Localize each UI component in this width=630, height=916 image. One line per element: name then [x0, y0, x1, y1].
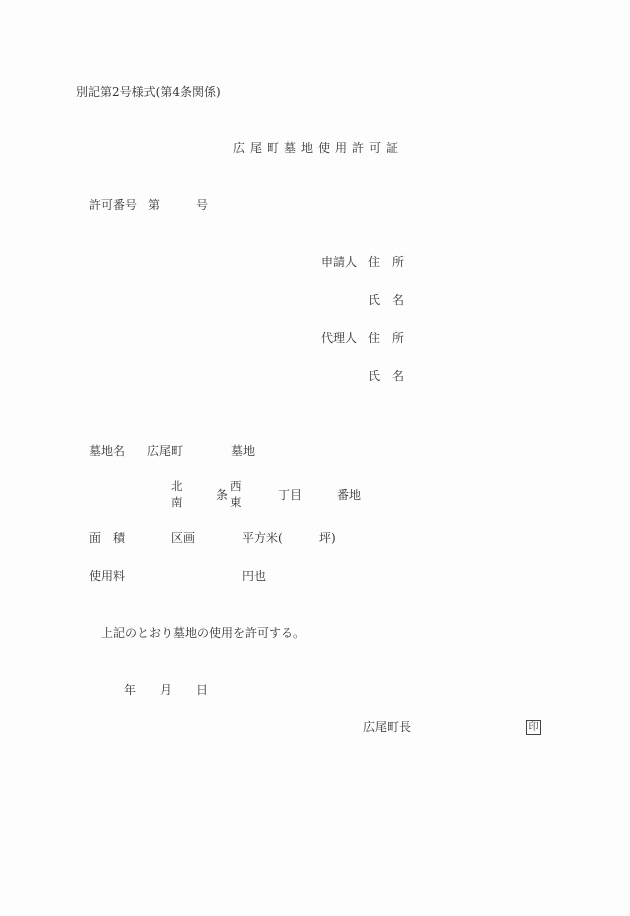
- jo-label: 条: [216, 488, 228, 502]
- area-plots: 区画: [171, 531, 195, 545]
- agent-address-label: 住 所: [368, 331, 404, 345]
- permit-number-prefix: 第: [148, 198, 160, 212]
- applicant-label: 申請人: [321, 255, 357, 269]
- fee-unit: 円也: [242, 569, 266, 583]
- date-year: 年: [124, 683, 136, 697]
- area-sqm: 平方米(: [242, 531, 283, 545]
- banchi-label: 番地: [337, 488, 361, 502]
- seal-icon: 印: [526, 720, 541, 735]
- form-label: 別記第2号様式(第4条関係): [76, 85, 221, 99]
- area-tsubo: 坪): [319, 531, 336, 545]
- fee-label: 使用料: [89, 569, 125, 583]
- applicant-address-label: 住 所: [368, 255, 404, 269]
- cemetery-suffix: 墓地: [231, 444, 255, 458]
- page-title: 広尾町墓地使用許可証: [233, 141, 403, 155]
- permit-number-label: 許可番号: [89, 198, 137, 212]
- direction-west: 西: [230, 479, 242, 494]
- permit-number-suffix: 号: [196, 198, 208, 212]
- date-month: 月: [160, 683, 172, 697]
- area-label: 面 積: [89, 531, 125, 545]
- applicant-name-label: 氏 名: [368, 293, 404, 307]
- permit-statement: 上記のとおり墓地の使用を許可する。: [101, 626, 305, 640]
- cemetery-town: 広尾町: [147, 444, 183, 458]
- signatory: 広尾町長: [363, 720, 411, 734]
- date-day: 日: [196, 683, 208, 697]
- chome-label: 丁目: [278, 488, 302, 502]
- agent-name-label: 氏 名: [368, 369, 404, 383]
- agent-label: 代理人: [321, 331, 357, 345]
- direction-south: 南: [171, 495, 183, 510]
- direction-east: 東: [230, 495, 242, 510]
- direction-north: 北: [171, 479, 183, 494]
- cemetery-name-label: 墓地名: [89, 444, 125, 458]
